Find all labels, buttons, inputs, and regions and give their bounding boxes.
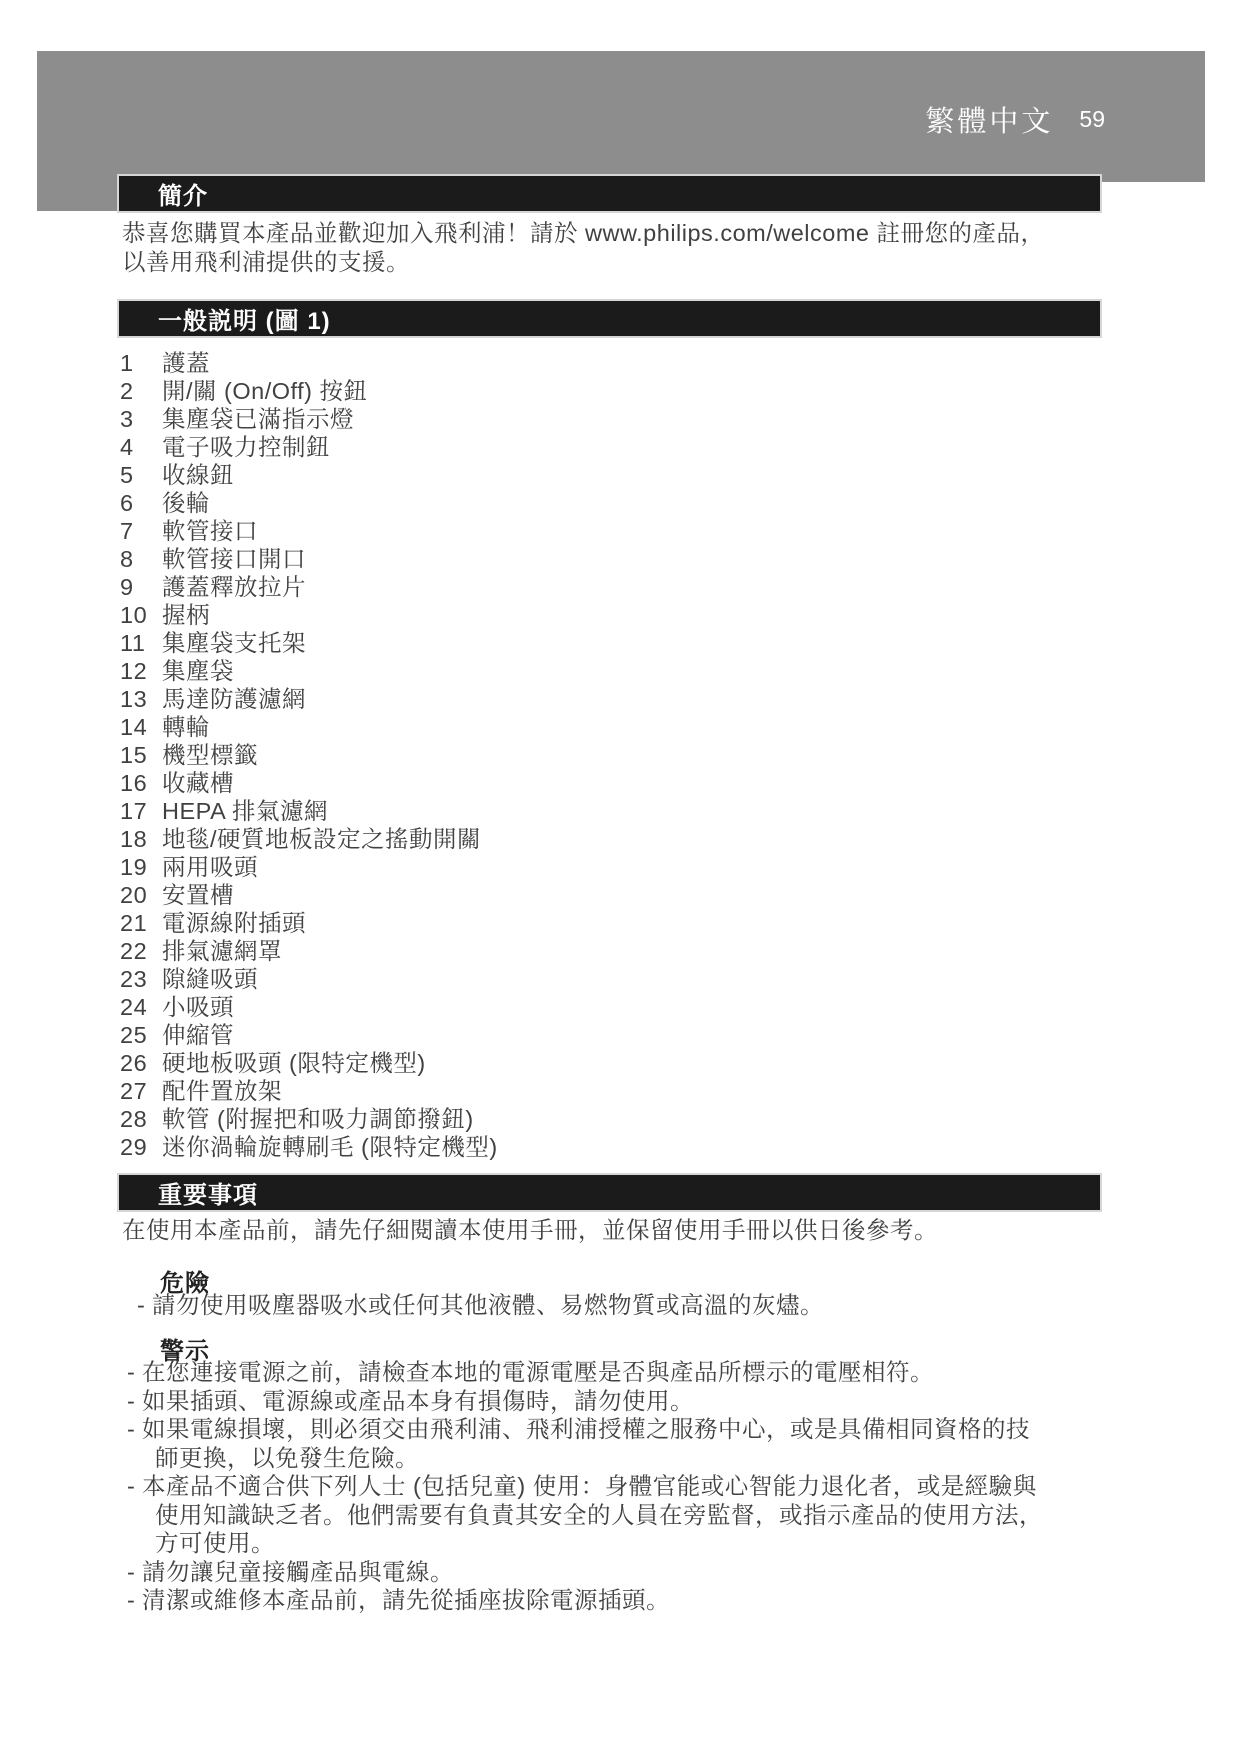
- list-item: 18地毯/硬質地板設定之搖動開關: [120, 825, 498, 853]
- list-item: 1護蓋: [120, 349, 498, 377]
- bullet-text: 如果電線損壞，則必須交由飛利浦、飛利浦授權之服務中心，或是具備相同資格的技: [142, 1415, 1030, 1444]
- part-label: 軟管 (附握把和吸力調節撥鈕): [162, 1105, 474, 1133]
- list-item: 15機型標籤: [120, 741, 498, 769]
- bullet-continuation: 使用知識缺乏者。他們需要有負責其安全的人員在旁監督，或指示產品的使用方法，: [127, 1501, 1043, 1530]
- language-label: 繁體中文: [925, 99, 1053, 140]
- important-intro: 在使用本產品前，請先仔細閱讀本使用手冊，並保留使用手冊以供日後參考。: [122, 1216, 938, 1245]
- warning-list: -在您連接電源之前，請檢查本地的電源電壓是否與產品所標示的電壓相符。-如果插頭、…: [127, 1358, 1043, 1615]
- part-number: 5: [120, 461, 162, 489]
- part-number: 18: [120, 825, 162, 853]
- list-item: 26硬地板吸頭 (限特定機型): [120, 1049, 498, 1077]
- text-line: 以善用飛利浦提供的支援。: [122, 248, 1045, 277]
- part-label: 集塵袋支托架: [162, 629, 306, 657]
- part-number: 12: [120, 657, 162, 685]
- page-number: 59: [1079, 106, 1105, 133]
- list-item: 16收藏槽: [120, 769, 498, 797]
- list-item: 25伸縮管: [120, 1021, 498, 1049]
- list-item: 17HEPA 排氣濾網: [120, 797, 498, 825]
- text-line: 恭喜您購買本產品並歡迎加入飛利浦！請於 www.philips.com/welc…: [122, 219, 1045, 248]
- part-label: 隙縫吸頭: [162, 965, 258, 993]
- parts-list: 1護蓋2開/關 (On/Off) 按鈕3集塵袋已滿指示燈4電子吸力控制鈕5收線鈕…: [120, 349, 498, 1161]
- part-label: 配件置放架: [162, 1077, 282, 1105]
- bullet-text: 清潔或維修本產品前，請先從插座拔除電源插頭。: [142, 1586, 670, 1615]
- part-label: 機型標籤: [162, 741, 258, 769]
- dash: -: [127, 1472, 142, 1501]
- part-label: 護蓋釋放拉片: [162, 573, 306, 601]
- list-item: 14轉輪: [120, 713, 498, 741]
- list-item: 12集塵袋: [120, 657, 498, 685]
- part-label: 收線鈕: [162, 461, 234, 489]
- general-title: 一般説明 (圖 1): [119, 301, 331, 336]
- part-label: 地毯/硬質地板設定之搖動開關: [162, 825, 481, 853]
- part-number: 6: [120, 489, 162, 517]
- part-number: 13: [120, 685, 162, 713]
- part-number: 22: [120, 937, 162, 965]
- part-label: 馬達防護濾網: [162, 685, 306, 713]
- part-label: 排氣濾網罩: [162, 937, 282, 965]
- part-number: 24: [120, 993, 162, 1021]
- important-section-bar: 重要事項: [119, 1175, 1100, 1210]
- part-number: 14: [120, 713, 162, 741]
- part-number: 1: [120, 349, 162, 377]
- part-number: 21: [120, 909, 162, 937]
- list-item: 11集塵袋支托架: [120, 629, 498, 657]
- part-number: 15: [120, 741, 162, 769]
- intro-section-bar: 簡介: [119, 176, 1100, 211]
- list-item: 8軟管接口開口: [120, 545, 498, 573]
- list-item: 5收線鈕: [120, 461, 498, 489]
- part-label: 小吸頭: [162, 993, 234, 1021]
- part-label: 兩用吸頭: [162, 853, 258, 881]
- part-label: 收藏槽: [162, 769, 234, 797]
- part-label: 護蓋: [162, 349, 210, 377]
- bullet-line: -請勿讓兒童接觸產品與電線。: [127, 1558, 1043, 1587]
- part-number: 28: [120, 1105, 162, 1133]
- bullet-line: -本產品不適合供下列人士 (包括兒童) 使用：身體官能或心智能力退化者，或是經驗…: [127, 1472, 1043, 1501]
- part-number: 17: [120, 797, 162, 825]
- list-item: 13馬達防護濾網: [120, 685, 498, 713]
- bullet-text: 如果插頭、電源線或產品本身有損傷時，請勿使用。: [142, 1387, 694, 1416]
- list-item: 23隙縫吸頭: [120, 965, 498, 993]
- bullet-line: -請勿使用吸塵器吸水或任何其他液體、易燃物質或高溫的灰燼。: [137, 1291, 824, 1320]
- bullet-text: 請勿讓兒童接觸產品與電線。: [142, 1558, 454, 1587]
- intro-paragraph: 恭喜您購買本產品並歡迎加入飛利浦！請於 www.philips.com/welc…: [122, 219, 1045, 277]
- part-number: 8: [120, 545, 162, 573]
- bullet-continuation: 方可使用。: [127, 1529, 1043, 1558]
- danger-list: -請勿使用吸塵器吸水或任何其他液體、易燃物質或高溫的灰燼。: [137, 1291, 824, 1320]
- list-item: 9護蓋釋放拉片: [120, 573, 498, 601]
- bullet-line: -清潔或維修本產品前，請先從插座拔除電源插頭。: [127, 1586, 1043, 1615]
- part-number: 20: [120, 881, 162, 909]
- list-item: 28軟管 (附握把和吸力調節撥鈕): [120, 1105, 498, 1133]
- bullet-line: -在您連接電源之前，請檢查本地的電源電壓是否與產品所標示的電壓相符。: [127, 1358, 1043, 1387]
- list-item: 7軟管接口: [120, 517, 498, 545]
- part-number: 27: [120, 1077, 162, 1105]
- list-item: 20安置槽: [120, 881, 498, 909]
- part-number: 2: [120, 377, 162, 405]
- part-number: 23: [120, 965, 162, 993]
- list-item: 2開/關 (On/Off) 按鈕: [120, 377, 498, 405]
- bullet-line: -如果插頭、電源線或產品本身有損傷時，請勿使用。: [127, 1387, 1043, 1416]
- dash: -: [127, 1586, 142, 1615]
- part-number: 7: [120, 517, 162, 545]
- dash: -: [127, 1387, 142, 1416]
- bullet-text: 本產品不適合供下列人士 (包括兒童) 使用：身體官能或心智能力退化者，或是經驗與: [142, 1472, 1037, 1501]
- part-label: 電源線附插頭: [162, 909, 306, 937]
- part-number: 4: [120, 433, 162, 461]
- bullet-text: 請勿使用吸塵器吸水或任何其他液體、易燃物質或高溫的灰燼。: [152, 1291, 824, 1320]
- part-label: 電子吸力控制鈕: [162, 433, 330, 461]
- list-item: 10握柄: [120, 601, 498, 629]
- list-item: 6後輪: [120, 489, 498, 517]
- part-number: 3: [120, 405, 162, 433]
- list-item: 19兩用吸頭: [120, 853, 498, 881]
- dash: -: [137, 1291, 152, 1320]
- intro-title: 簡介: [119, 176, 208, 211]
- part-label: 迷你渦輪旋轉刷毛 (限特定機型): [162, 1133, 498, 1161]
- list-item: 29迷你渦輪旋轉刷毛 (限特定機型): [120, 1133, 498, 1161]
- list-item: 21電源線附插頭: [120, 909, 498, 937]
- part-number: 9: [120, 573, 162, 601]
- part-number: 10: [120, 601, 162, 629]
- part-label: 集塵袋已滿指示燈: [162, 405, 354, 433]
- bullet-line: -如果電線損壞，則必須交由飛利浦、飛利浦授權之服務中心，或是具備相同資格的技: [127, 1415, 1043, 1444]
- part-label: 安置槽: [162, 881, 234, 909]
- dash: -: [127, 1358, 142, 1387]
- part-number: 26: [120, 1049, 162, 1077]
- part-label: 集塵袋: [162, 657, 234, 685]
- part-label: 伸縮管: [162, 1021, 234, 1049]
- list-item: 22排氣濾網罩: [120, 937, 498, 965]
- part-label: 後輪: [162, 489, 210, 517]
- part-label: 軟管接口: [162, 517, 258, 545]
- part-label: 轉輪: [162, 713, 210, 741]
- dash: -: [127, 1415, 142, 1444]
- list-item: 3集塵袋已滿指示燈: [120, 405, 498, 433]
- important-title: 重要事項: [119, 1175, 258, 1210]
- page-header-band: 繁體中文 59: [37, 51, 1205, 182]
- list-item: 24小吸頭: [120, 993, 498, 1021]
- part-label: 開/關 (On/Off) 按鈕: [162, 377, 368, 405]
- part-number: 29: [120, 1133, 162, 1161]
- bullet-text: 在您連接電源之前，請檢查本地的電源電壓是否與產品所標示的電壓相符。: [142, 1358, 934, 1387]
- bullet-continuation: 師更換，以免發生危險。: [127, 1444, 1043, 1473]
- list-item: 27配件置放架: [120, 1077, 498, 1105]
- part-number: 11: [120, 629, 162, 657]
- list-item: 4電子吸力控制鈕: [120, 433, 498, 461]
- part-label: 握柄: [162, 601, 210, 629]
- part-label: 軟管接口開口: [162, 545, 306, 573]
- dash: -: [127, 1558, 142, 1587]
- part-label: 硬地板吸頭 (限特定機型): [162, 1049, 426, 1077]
- part-number: 16: [120, 769, 162, 797]
- general-section-bar: 一般説明 (圖 1): [119, 301, 1100, 336]
- part-label: HEPA 排氣濾網: [162, 797, 328, 825]
- part-number: 19: [120, 853, 162, 881]
- part-number: 25: [120, 1021, 162, 1049]
